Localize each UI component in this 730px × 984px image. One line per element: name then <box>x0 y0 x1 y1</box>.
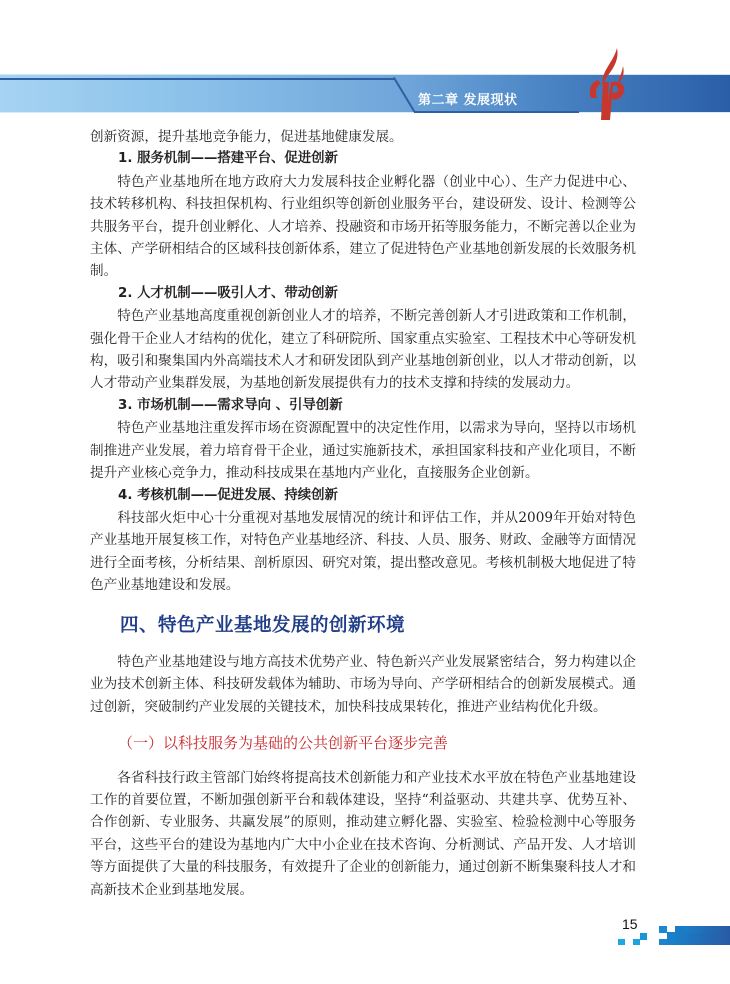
subsection-heading: （一）以科技服务为基础的公共创新平台逐步完善 <box>118 732 636 754</box>
intro-continuation: 创新资源，提升基地竞争能力，促进基地健康发展。 <box>90 126 636 148</box>
mechanism-body-talent: 特色产业基地高度重视创新创业人才的培养，不断完善创新人才引进政策和工作机制，强化… <box>90 305 636 395</box>
mechanism-body-service: 特色产业基地所在地方政府大力发展科技企业孵化器（创业中心）、生产力促进中心、技术… <box>90 171 636 283</box>
section-heading: 四、特色产业基地发展的创新环境 <box>120 615 636 637</box>
pixel-squares-icon <box>618 918 730 948</box>
header-underline <box>414 111 579 113</box>
mechanism-body-assessment: 科技部火炬中心十分重视对基地发展情况的统计和评估工作，并从2009年开始对特色产… <box>90 507 636 597</box>
mechanism-body-market: 特色产业基地注重发挥市场在资源配置中的决定性作用，以需求为导向，坚持以市场机制推… <box>90 417 636 484</box>
chapter-title: 第二章 发展现状 <box>418 89 518 108</box>
section-body: 特色产业基地建设与地方高技术优势产业、特色新兴产业发展紧密结合，努力构建以企业为… <box>90 651 636 718</box>
mechanism-heading-market: 3. 市场机制——需求导向 、引导创新 <box>90 395 636 417</box>
mechanism-heading-service: 1. 服务机制——搭建平台、促进创新 <box>90 148 636 170</box>
mechanism-heading-talent: 2. 人才机制——吸引人才、带动创新 <box>90 283 636 305</box>
document-body: 创新资源，提升基地竞争能力，促进基地健康发展。 1. 服务机制——搭建平台、促进… <box>90 126 636 901</box>
torch-logo-icon <box>585 48 635 120</box>
subsection-body: 各省科技行政主管部门始终将提高技术创新能力和产业技术水平放在特色产业基地建设工作… <box>90 767 636 901</box>
header-divider-line <box>0 78 394 80</box>
mechanism-heading-assessment: 4. 考核机制——促进发展、持续创新 <box>90 485 636 507</box>
